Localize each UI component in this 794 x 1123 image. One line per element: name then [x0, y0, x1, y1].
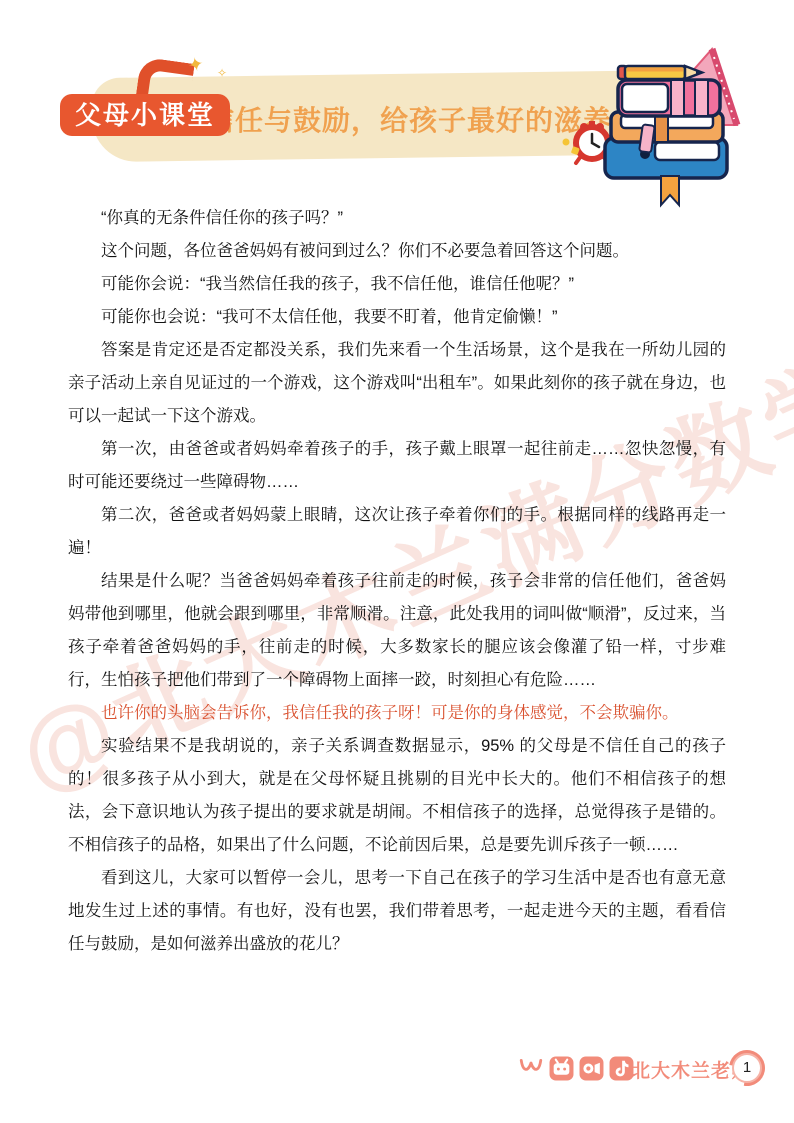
paragraph: 可能你会说：“我当然信任我的孩子，我不信任他，谁信任他呢？”: [68, 268, 726, 301]
paragraph: 答案是肯定还是否定都没关系，我们先来看一个生活场景，这个是我在一所幼儿园的亲子活…: [68, 334, 726, 433]
paragraph: 实验结果不是我胡说的，亲子关系调查数据显示，95% 的父母是不信任自己的孩子的！…: [68, 730, 726, 862]
paragraph: 第一次，由爸爸或者妈妈牵着孩子的手，孩子戴上眼罩一起往前走……忽快忽慢，有时可能…: [68, 433, 726, 499]
paragraph: 可能你也会说：“我可不太信任他，我要不盯着，他肯定偷懒！”: [68, 301, 726, 334]
document-page: 父母小课堂 信任与鼓励，给孩子最好的滋养 ✦ ✧: [0, 0, 794, 1123]
alarm-clock-icon: [576, 121, 608, 163]
paragraph: 结果是什么呢？当爸爸妈妈牵着孩子往前走的时候，孩子会非常的信任他们，爸爸妈妈带他…: [68, 565, 726, 697]
bilibili-icon: [549, 1056, 574, 1081]
books-illustration: [555, 35, 794, 210]
section-badge: 父母小课堂: [60, 94, 230, 136]
page-number: 1: [732, 1053, 762, 1083]
sparkle-icon: ✧: [217, 66, 227, 80]
page-title: 信任与鼓励，给孩子最好的滋养: [206, 99, 612, 139]
article-body: “你真的无条件信任你的孩子吗？” 这个问题，各位爸爸妈妈有被问到过么？你们不必要…: [68, 202, 726, 961]
wechat-channels-icon: [518, 1055, 544, 1081]
sparkle-icon: ✦: [186, 53, 206, 79]
pencil-icon: [618, 66, 702, 79]
page-footer: 北大木兰老师 1: [0, 1048, 794, 1092]
kuaishou-icon: [579, 1056, 604, 1081]
paragraph: 这个问题，各位爸爸妈妈有被问到过么？你们不必要急着回答这个问题。: [68, 235, 726, 268]
social-icons: [518, 1055, 634, 1081]
paragraph: 看到这儿，大家可以暂停一会儿，思考一下自己在孩子的学习生活中是否也有意无意地发生…: [68, 862, 726, 961]
emphasis-paragraph: 也许你的头脑会告诉你，我信任我的孩子呀！可是你的身体感觉，不会欺骗你。: [68, 697, 726, 730]
blue-book-icon: [605, 138, 727, 205]
paragraph: 第二次，爸爸或者妈妈蒙上眼睛，这次让孩子牵着你们的手。根据同样的线路再走一遍！: [68, 499, 726, 565]
page-number-badge: 1: [729, 1050, 765, 1086]
